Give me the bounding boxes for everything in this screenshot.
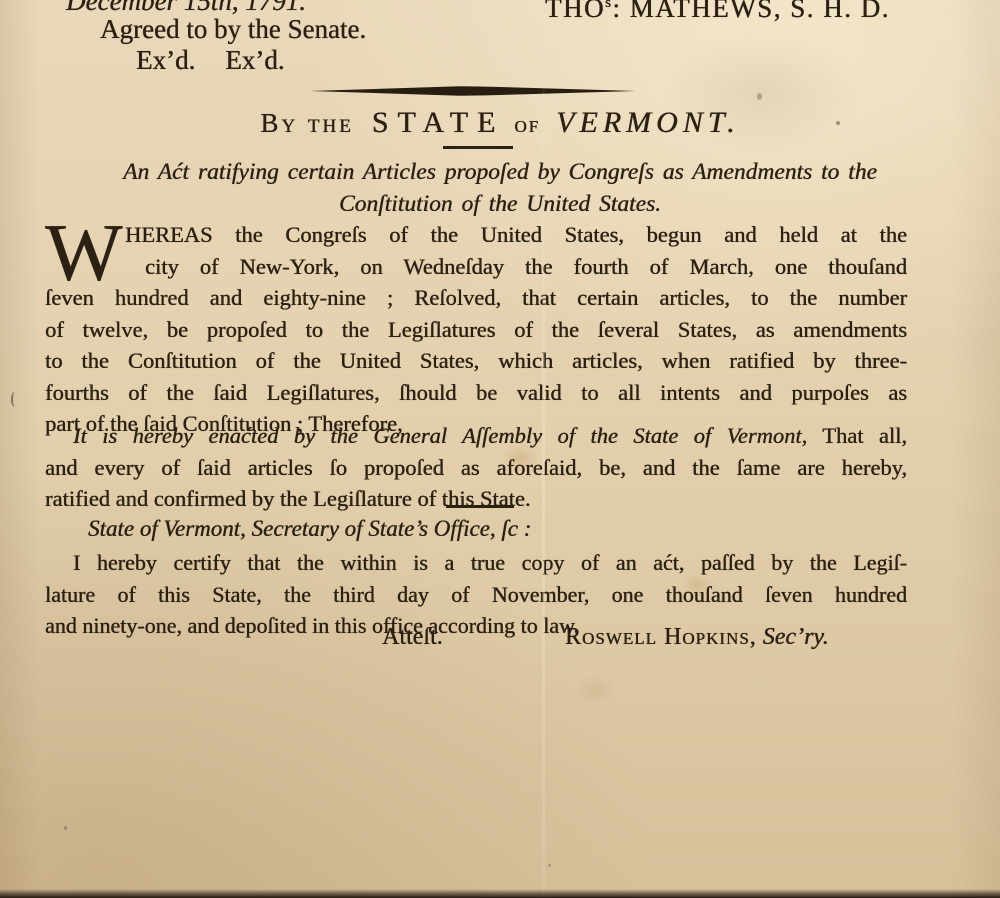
attest-label: Atteſt. [382,624,443,651]
secretary-office-line: State of Vermont, Secretary of State’s O… [88,515,531,543]
heading-by-the: By the [260,108,353,138]
whereas-line: HEREAS the Congreſs of the United States… [125,219,907,251]
endorsement-exd-line: Ex’d.Ex’d. [136,45,284,75]
section-rule [446,505,514,508]
pen-tick-mark [11,392,18,407]
certification-line: lature of this State, the third day of N… [45,579,907,611]
whereas-line: city of New-York, on Wedneſday the fourt… [145,251,907,283]
act-title: An Aćt ratifying certain Articles propoſ… [0,156,1000,220]
exd-mark-2: Ex’d. [225,45,284,75]
page-bottom-edge-shadow [0,889,1000,898]
enacting-paragraph: It is hereby enaćted by the General Aſſe… [45,420,907,515]
state-heading: By the STATE of VERMONT. [0,106,1000,140]
drop-cap-w: W [45,225,122,281]
paper-speck [548,864,551,867]
secretary-title: Sec’ry. [763,624,829,650]
signer-rest: : MATHEWS, S. H. D. [612,0,890,23]
paper-speck [836,121,840,125]
document-page: December 15th, 1791. THOs: MATHEWS, S. H… [0,0,1000,898]
whereas-line: of twelve, be propoſed to the Legiſlatur… [45,314,907,346]
whereas-line: to the Conſtitution of the United States… [45,345,907,377]
whereas-line: ſeven hundred and eighty-nine ; Reſolved… [45,282,907,314]
act-title-line-2: Conſtitution of the United States. [0,188,1000,220]
endorsement-signer-line: THOs: MATHEWS, S. H. D. [545,0,890,23]
signer-prefix: THO [545,0,605,23]
exd-mark-1: Ex’d. [136,45,195,75]
whereas-line: fourths of the ſaid Legiſlatures, ſhould… [45,377,907,409]
act-title-line-1: An Aćt ratifying certain Articles propoſ… [0,156,1000,188]
enacting-line: and every of ſaid articles ſo propoſed a… [45,452,907,484]
secretary-name: Roswell Hopkins, [565,624,757,650]
endorsement-senate-line: Agreed to by the Senate. [100,14,366,44]
enacting-clause-italic: It is hereby enaćted by the General Aſſe… [73,423,807,448]
enacting-line: It is hereby enaćted by the General Aſſe… [45,420,907,452]
heading-rule [443,146,513,149]
whereas-paragraph: W HEREAS the Congreſs of the United Stat… [45,219,907,440]
enacting-line: ratified and confirmed by the Legiſlatur… [45,483,907,515]
heading-state: STATE [372,106,505,139]
certification-line: I hereby certify that the within is a tr… [45,547,907,579]
heading-of: of [514,112,540,138]
attest-row: Atteſt. Roswell Hopkins,Sec’ry. [45,624,907,658]
paper-speck [757,93,762,100]
swelled-rule-divider [310,85,636,97]
paper-crease [542,0,545,898]
paper-speck [64,826,67,830]
heading-vermont: VERMONT. [556,106,740,139]
secretary-signature: Roswell Hopkins,Sec’ry. [565,624,829,651]
enacting-clause-roman: That all, [807,423,907,448]
